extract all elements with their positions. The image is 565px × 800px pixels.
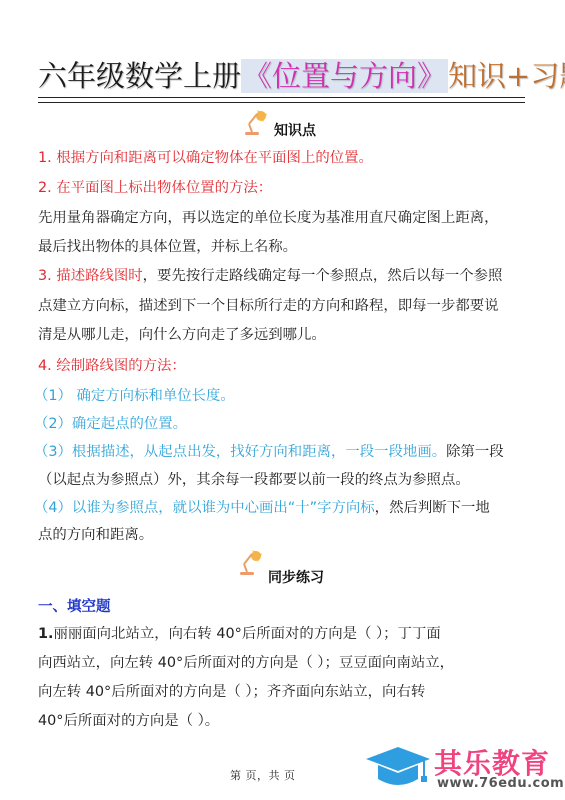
question-1-line2: 向西站立，向左转 40°后所面对的方向是（ ）；豆豆面向南站立， — [38, 653, 454, 673]
knowledge-point-3-text: ，要先按行走路线确定每一个参照点，然后以每一个参照 — [143, 268, 503, 284]
knowledge-point-4-step4-line1: （4）以谁为参照点，就以谁为中心画出“十”字方向标，然后判断下一地 — [34, 498, 490, 518]
title-suffix: 知识+习题 — [448, 59, 565, 93]
knowledge-point-4-step4-text: （4）以谁为参照点，就以谁为中心画出“十”字方向标 — [34, 500, 375, 516]
knowledge-point-4-step4-line2: 点的方向和距离。 — [38, 525, 153, 545]
title-double-underline — [38, 97, 525, 103]
knowledge-point-2-detail-line1: 先用量角器确定方向，再以选定的单位长度为基准用直尺确定图上距离， — [38, 208, 499, 228]
knowledge-point-4-step4-rest: ，然后判断下一地 — [375, 500, 490, 516]
document-title: 六年级数学上册《位置与方向》知识+习题 — [38, 56, 565, 96]
knowledge-point-4: 4. 绘制路线图的方法： — [38, 356, 186, 376]
question-1-line3: 向左转 40°后所面对的方向是（ ）；齐齐面向东站立，向右转 — [38, 682, 425, 702]
section-title-knowledge: 知识点 — [274, 120, 316, 140]
question-1-number: 1. — [38, 626, 53, 642]
knowledge-point-4-step1: （1） 确定方向标和单位长度。 — [34, 386, 235, 406]
knowledge-point-3-heading: 3. 描述路线图时 — [38, 268, 143, 284]
knowledge-point-4-step3-line2: （以起点为参照点）外，其余每一段都要以前一段的终点为参照点。 — [38, 470, 470, 490]
title-grade: 六年级数学上册 — [38, 59, 241, 93]
question-1-line4: 40°后所面对的方向是（ ）。 — [38, 711, 219, 731]
question-1-text-line1: 丽丽面向北站立，向右转 40°后所面对的方向是（ ）；丁丁面 — [53, 626, 440, 642]
knowledge-point-3-line2: 点建立方向标，描述到下一个目标所行走的方向和路程，即每一步都要说 — [38, 296, 499, 316]
knowledge-point-3-line3: 清是从哪儿走，向什么方向走了多远到哪儿。 — [38, 325, 326, 345]
knowledge-point-3-line1: 3. 描述路线图时，要先按行走路线确定每一个参照点，然后以每一个参照 — [38, 266, 502, 286]
knowledge-point-2-detail-line2: 最后找出物体的具体位置，并标上名称。 — [38, 237, 297, 257]
knowledge-point-4-step3-text: （3）根据描述，从起点出发，找好方向和距离，一段一段地画。 — [34, 444, 446, 460]
knowledge-point-2: 2. 在平面图上标出物体位置的方法： — [38, 178, 272, 198]
exercise-heading-fill-blank: 一、填空题 — [38, 595, 111, 616]
knowledge-point-4-step2: （2）确定起点的位置。 — [34, 414, 187, 434]
desk-lamp-icon — [243, 108, 269, 140]
logo-url: www.76edu.com — [437, 776, 564, 791]
knowledge-point-4-step3-rest: 除第一段 — [446, 444, 504, 460]
section-title-practice: 同步练习 — [268, 567, 324, 587]
knowledge-point-4-step3-line1: （3）根据描述，从起点出发，找好方向和距离，一段一段地画。除第一段 — [34, 442, 504, 462]
question-1-line1: 1.丽丽面向北站立，向右转 40°后所面对的方向是（ ）；丁丁面 — [38, 624, 441, 644]
graduation-cap-icon — [364, 745, 434, 797]
page-number-footer: 第 页，共 页 — [230, 767, 296, 783]
desk-lamp-icon — [238, 548, 264, 580]
knowledge-point-1: 1. 根据方向和距离可以确定物体在平面图上的位置。 — [38, 148, 373, 168]
title-topic: 《位置与方向》 — [241, 59, 448, 93]
